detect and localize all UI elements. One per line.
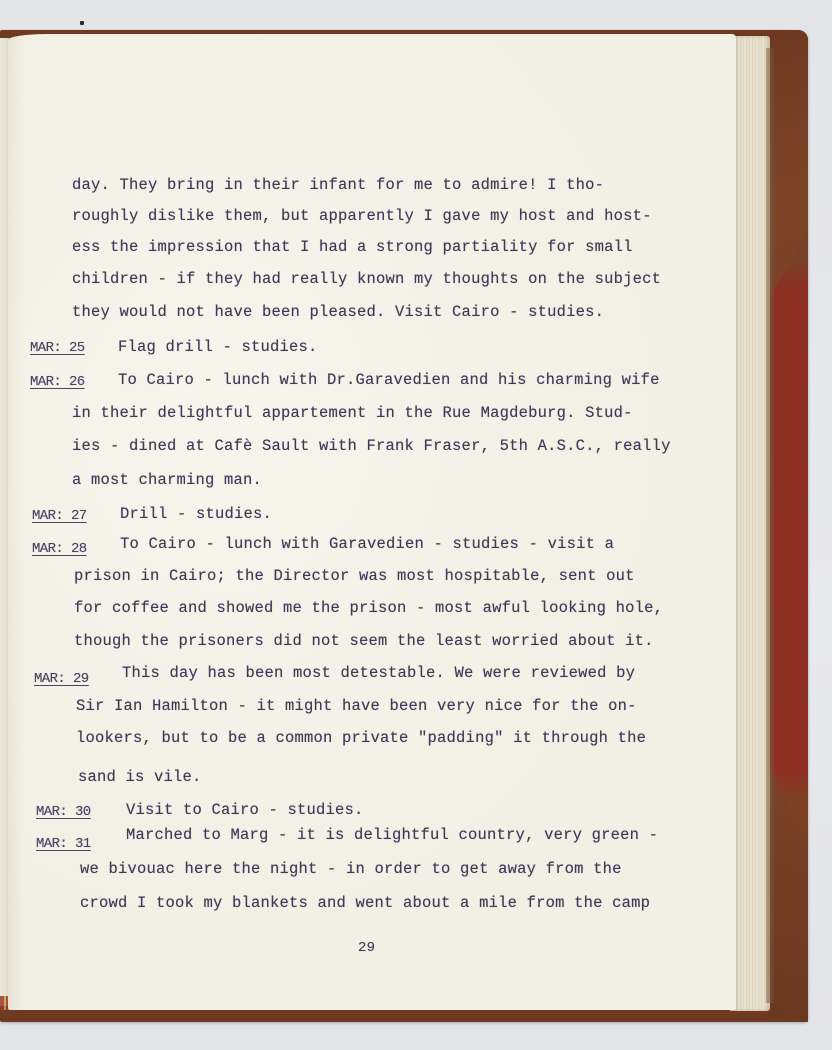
entry-date: MAR: 29: [34, 671, 89, 687]
text-line: for coffee and showed me the prison - mo…: [74, 599, 663, 617]
text-line: in their delightful appartement in the R…: [72, 404, 633, 422]
text-line: prison in Cairo; the Director was most h…: [74, 567, 635, 585]
text-line: a most charming man.: [72, 471, 262, 489]
entry-date: MAR: 25: [30, 340, 85, 356]
text-line: Marched to Marg - it is delightful count…: [126, 826, 658, 844]
text-line: lookers, but to be a common private "pad…: [76, 729, 646, 747]
entry-date: MAR: 26: [30, 374, 85, 390]
photo-scene: day. They bring in their infant for me t…: [0, 0, 832, 1050]
diary-page: day. They bring in their infant for me t…: [8, 34, 736, 1010]
dust-mark: [80, 21, 84, 25]
text-line: sand is vile.: [78, 768, 202, 786]
text-line: day. They bring in their infant for me t…: [72, 176, 604, 194]
text-line: ess the impression that I had a strong p…: [72, 238, 633, 256]
text-line: Drill - studies.: [120, 505, 272, 523]
text-line: roughly dislike them, but apparently I g…: [72, 207, 652, 225]
text-line: we bivouac here the night - in order to …: [80, 860, 622, 878]
text-line: children - if they had really known my t…: [72, 270, 661, 288]
text-line: they would not have been pleased. Visit …: [72, 303, 604, 321]
entry-date: MAR: 28: [32, 541, 87, 557]
text-line: To Cairo - lunch with Garavedien - studi…: [120, 535, 614, 553]
entry-date: MAR: 30: [36, 804, 91, 820]
page-edge-shadow: [766, 48, 774, 1003]
page-number: 29: [358, 940, 375, 956]
text-line: Flag drill - studies.: [118, 338, 318, 356]
text-line: Sir Ian Hamilton - it might have been ve…: [76, 697, 637, 715]
text-line: Visit to Cairo - studies.: [126, 801, 364, 819]
text-line: though the prisoners did not seem the le…: [74, 632, 654, 650]
entry-date: MAR: 27: [32, 508, 87, 524]
text-line: This day has been most detestable. We we…: [122, 664, 635, 682]
page-block-edges: [730, 36, 770, 1011]
text-line: crowd I took my blankets and went about …: [80, 894, 650, 912]
entry-date: MAR: 31: [36, 836, 91, 852]
text-line: To Cairo - lunch with Dr.Garavedien and …: [118, 371, 660, 389]
text-line: ies - dined at Cafè Sault with Frank Fra…: [72, 437, 671, 455]
